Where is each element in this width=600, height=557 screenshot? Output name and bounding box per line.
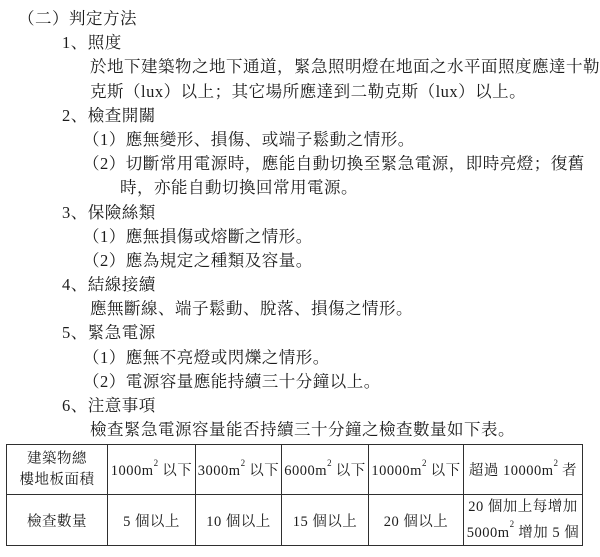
area-value: 5000m: [467, 524, 510, 540]
table-data-row: 檢查數量 5 個以上 10 個以上 15 個以上 20 個以上 20 個加上每增…: [7, 495, 583, 546]
area-value: 超過 10000m: [469, 463, 554, 479]
superscript-2: 2: [327, 458, 332, 468]
area-suffix: 以下: [426, 463, 460, 479]
superscript-2: 2: [510, 519, 515, 529]
area-suffix: 者: [558, 463, 577, 479]
section-2-title: 2、檢查開關: [0, 104, 600, 128]
section-5-item-2: （2）電源容量應能持續三十分鐘以上。: [0, 370, 600, 394]
section-1-body-line-1: 於地下建築物之地下通道，緊急照明燈在地面之水平面照度應達十勒: [0, 55, 600, 79]
count-over-line-1: 20 個加上每增加: [464, 497, 582, 518]
area-value: 6000m: [284, 463, 327, 479]
header-floor-area-line-1: 建築物總: [7, 449, 107, 470]
header-cell-6000m2: 6000m2 以下: [282, 445, 369, 495]
section-4-title: 4、結線接續: [0, 273, 600, 297]
area-value: 3000m: [198, 463, 241, 479]
section-5-title: 5、緊急電源: [0, 321, 600, 345]
superscript-2: 2: [554, 458, 559, 468]
section-2-item-2: （2）切斷常用電源時，應能自動切換至緊急電源，即時亮燈；復舊: [0, 152, 600, 176]
section-3-item-1: （1）應無損傷或熔斷之情形。: [0, 225, 600, 249]
section-5-item-1: （1）應無不亮燈或閃爍之情形。: [0, 346, 600, 370]
header-cell-1000m2: 1000m2 以下: [108, 445, 196, 495]
header-cell-10000m2: 10000m2 以下: [369, 445, 464, 495]
count-over-line-2: 5000m2 增加 5 個: [464, 518, 582, 544]
header-floor-area-line-2: 樓地板面積: [7, 470, 107, 491]
cell-inspection-count-label: 檢查數量: [7, 495, 108, 546]
area-suffix: 以下: [332, 463, 366, 479]
count-suffix: 增加 5 個: [514, 524, 579, 540]
section-3-item-2: （2）應為規定之種類及容量。: [0, 249, 600, 273]
inspection-count-table: 建築物總 樓地板面積 1000m2 以下 3000m2 以下 6000m2 以下…: [6, 444, 583, 546]
section-2-item-1: （1）應無變形、損傷、或端子鬆動之情形。: [0, 128, 600, 152]
doc-heading: （二）判定方法: [0, 7, 600, 31]
section-4-body: 應無斷線、端子鬆動、脫落、損傷之情形。: [0, 297, 600, 321]
header-cell-floor-area: 建築物總 樓地板面積: [7, 445, 108, 495]
section-6-body: 檢查緊急電源容量能否持續三十分鐘之檢查數量如下表。: [0, 418, 600, 442]
table-header-row: 建築物總 樓地板面積 1000m2 以下 3000m2 以下 6000m2 以下…: [7, 445, 583, 495]
scanned-document-page: （二）判定方法 1、照度 於地下建築物之地下通道，緊急照明燈在地面之水平面照度應…: [0, 0, 600, 557]
section-6-title: 6、注意事項: [0, 394, 600, 418]
header-cell-over-10000m2: 超過 10000m2 者: [464, 445, 583, 495]
cell-count-over-10000: 20 個加上每增加 5000m2 增加 5 個: [464, 495, 583, 546]
cell-count-3000: 10 個以上: [196, 495, 282, 546]
section-1-body-line-2: 克斯（lux）以上；其它場所應達到二勒克斯（lux）以上。: [0, 80, 600, 104]
section-2-item-2-cont: 時，亦能自動切換回常用電源。: [0, 176, 600, 200]
section-1-title: 1、照度: [0, 31, 600, 55]
header-cell-3000m2: 3000m2 以下: [196, 445, 282, 495]
section-3-title: 3、保險絲類: [0, 201, 600, 225]
document-body: （二）判定方法 1、照度 於地下建築物之地下通道，緊急照明燈在地面之水平面照度應…: [0, 0, 600, 442]
superscript-2: 2: [422, 458, 427, 468]
area-value: 10000m: [371, 463, 422, 479]
superscript-2: 2: [241, 458, 246, 468]
area-suffix: 以下: [245, 463, 279, 479]
superscript-2: 2: [154, 458, 159, 468]
area-value: 1000m: [111, 463, 154, 479]
cell-count-6000: 15 個以上: [282, 495, 369, 546]
cell-count-10000: 20 個以上: [369, 495, 464, 546]
cell-count-1000: 5 個以上: [108, 495, 196, 546]
area-suffix: 以下: [158, 463, 192, 479]
